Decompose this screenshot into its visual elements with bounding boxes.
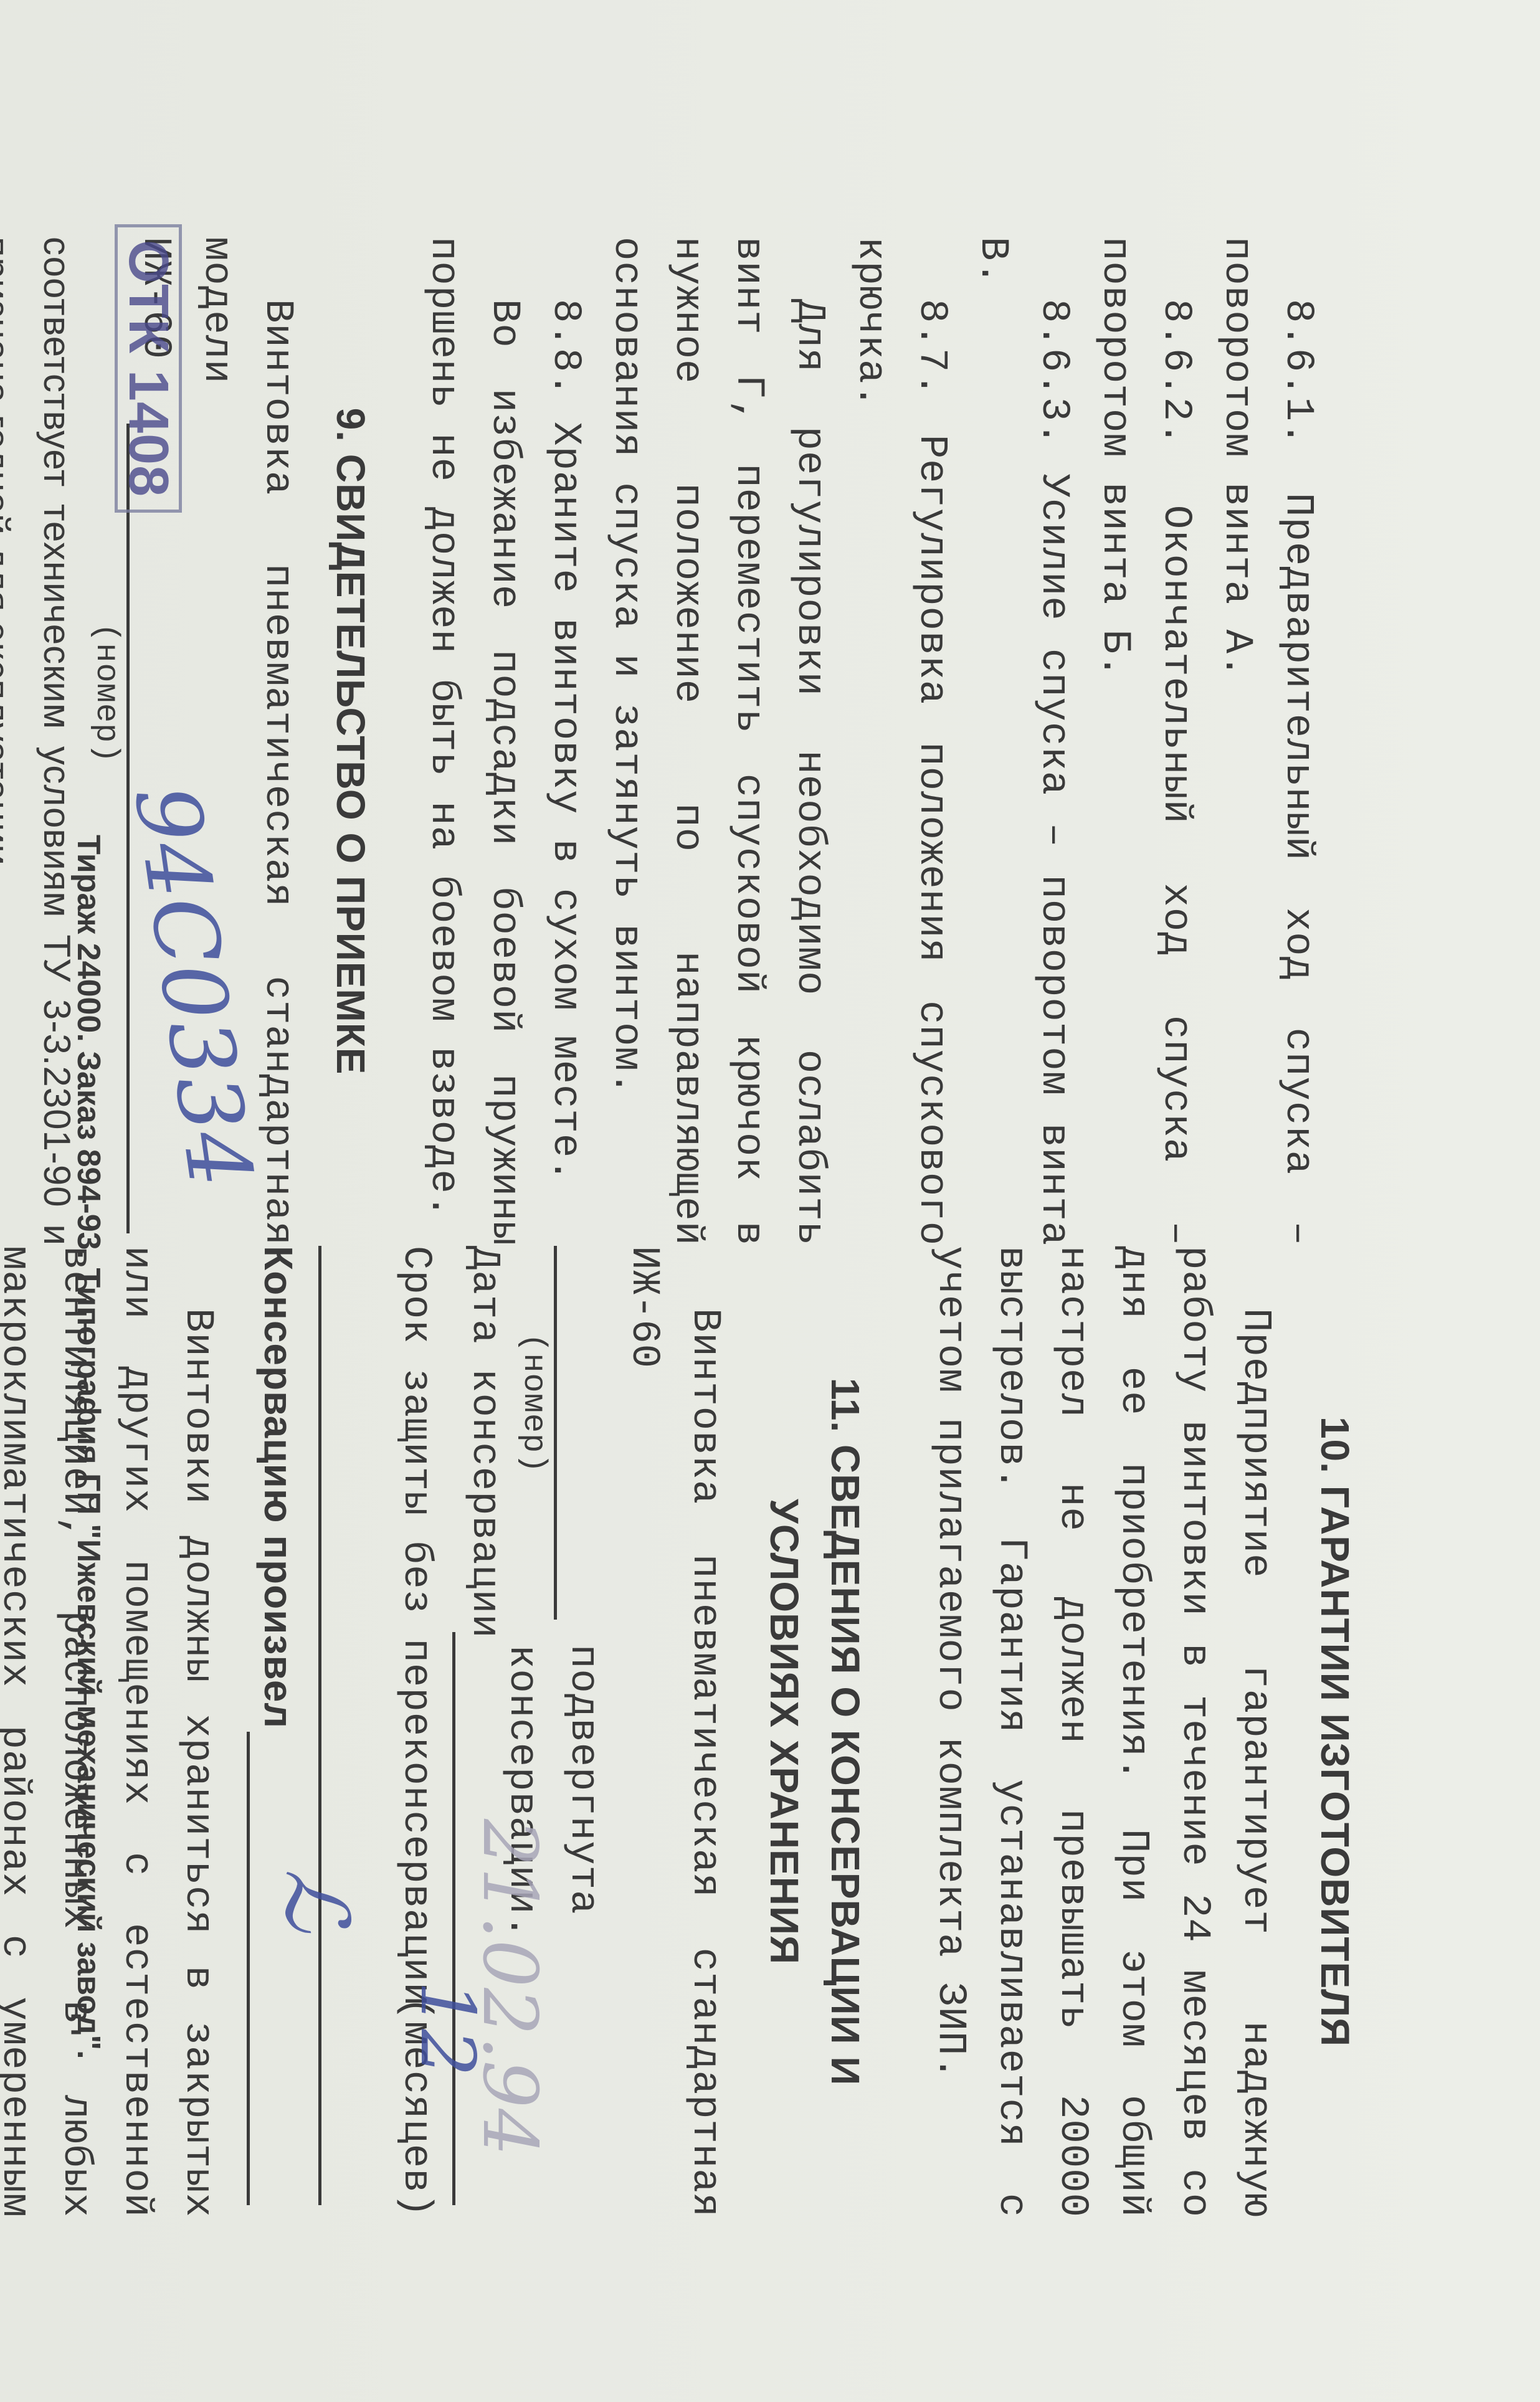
paragraph-8-8-body: Во избежание подсадки боевой пружины пор… xyxy=(412,237,535,1246)
protection-row: Срок защиты без переконсервации (месяцев… xyxy=(378,1246,446,2218)
section-11-line1: Винтовка пневматическая стандартная ИЖ-6… xyxy=(613,1246,735,2218)
paragraph-8-6-1: 8.6.1. Предварительный ход спуска – пово… xyxy=(1206,237,1328,1246)
conservation-date-label: Дата консервации xyxy=(462,1246,506,1639)
paragraph-8-7-body: Для регулировки необходимо ослабить винт… xyxy=(596,237,840,1246)
section-11-number-row: подвергнута консервации. xyxy=(552,1246,613,2218)
performed-by-row: Консервацию произвел ℒ xyxy=(240,1246,309,2218)
paragraph-8-7: 8.7. Регулировка положения спускового кр… xyxy=(840,237,962,1246)
paragraph-8-6-3: 8.6.3. Усилие спуска – поворотом винта В… xyxy=(962,237,1084,1246)
section-11-title-line1: 11. СВЕДЕНИЯ О КОНСЕРВАЦИИ И xyxy=(815,1246,876,2218)
left-column: 8.6.1. Предварительный ход спуска – пово… xyxy=(0,237,1540,1246)
section-11-title-line2: УСЛОВИЯХ ХРАНЕНИЯ xyxy=(754,1246,815,2218)
section-9-title: 9. СВИДЕТЕЛЬСТВО О ПРИЕМКЕ xyxy=(320,237,381,1246)
print-imprint: Тираж 24000. Заказ 894-93. Типография ГП… xyxy=(70,835,107,2059)
document-page: 8.6.1. Предварительный ход спуска – пово… xyxy=(0,0,1540,2402)
performed-by-signature: ℒ xyxy=(285,1869,346,1932)
right-column: 10. ГАРАНТИИ ИЗГОТОВИТЕЛЯ Предприятие га… xyxy=(0,1246,1540,2218)
protection-field-row xyxy=(309,1246,378,2218)
section-10-title: 10. ГАРАНТИИ ИЗГОТОВИТЕЛЯ xyxy=(1305,1246,1366,2218)
protection-label: Срок защиты без переконсервации xyxy=(393,1246,438,2007)
paragraph-8-8: 8.8. Храните винтовку в сухом месте. xyxy=(535,237,596,1246)
storage-conditions: Винтовки должны храниться в закрытых или… xyxy=(0,1246,228,2218)
conservation-number-field[interactable] xyxy=(554,1246,613,1620)
protection-handwritten: 12 xyxy=(416,1981,477,2077)
otk-stamp: ОТК 1408 xyxy=(115,224,182,513)
performed-by-label: Консервацию произвел xyxy=(256,1246,301,1729)
protection-field[interactable] xyxy=(318,1246,378,2205)
section-10-body: Предприятие гарантирует надежную работу … xyxy=(920,1246,1286,2218)
performed-by-field[interactable] xyxy=(247,1732,309,2205)
paragraph-8-6-2: 8.6.2. Окончательный ход спуска – поворо… xyxy=(1084,237,1206,1246)
